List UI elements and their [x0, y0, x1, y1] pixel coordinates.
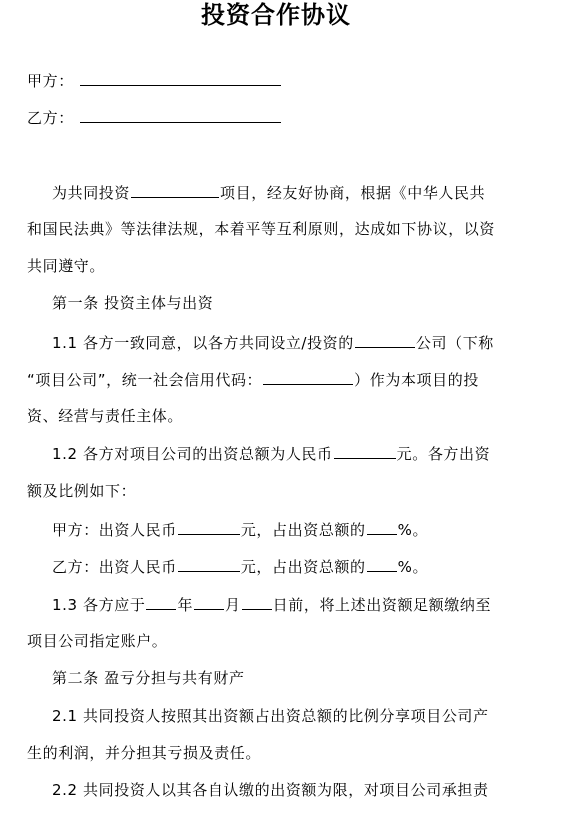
clause-text: 1.3 各方应于: [52, 596, 145, 614]
contribution-label: 乙方：出资人民币: [52, 558, 177, 576]
party-b-contribution: 乙方：出资人民币元，占出资总额的%。: [52, 556, 552, 577]
clause-1-1-line-2: “项目公司”，统一社会信用代码：）作为本项目的投: [27, 369, 527, 390]
preamble-line-1: 为共同投资项目，经友好协商，根据《中华人民共: [52, 182, 552, 203]
document-page: 投资合作协议 甲方： 乙方： 为共同投资项目，经友好协商，根据《中华人民共 和国…: [0, 0, 570, 823]
clause-1-3-line-1: 1.3 各方应于年月日前，将上述出资额足额缴纳至: [52, 594, 552, 615]
party-a-contribution: 甲方：出资人民币元，占出资总额的%。: [52, 519, 552, 540]
preamble-text: 为共同投资: [52, 184, 130, 202]
preamble-line-3: 共同遵守。: [27, 256, 527, 276]
clause-1-1-line-3: 资、经营与责任主体。: [27, 406, 527, 426]
document-title: 投资合作协议: [0, 0, 552, 30]
project-name-blank[interactable]: [131, 182, 219, 198]
party-a-percent-blank[interactable]: [367, 519, 397, 535]
clause-text: 1.2 各方对项目公司的出资总额为人民币: [52, 445, 333, 463]
contribution-label: 甲方：出资人民币: [52, 521, 177, 539]
clause-text: 元。各方出资: [397, 445, 491, 463]
article-1-heading: 第一条 投资主体与出资: [52, 293, 552, 313]
clause-text: “项目公司”，统一社会信用代码：: [27, 371, 262, 389]
month-label: 月: [225, 596, 241, 614]
contribution-text: 元，占出资总额的: [241, 521, 366, 539]
clause-2-1-line-1: 2.1 共同投资人按照其出资额占出资总额的比例分享项目公司产: [52, 706, 552, 726]
year-label: 年: [177, 596, 193, 614]
party-a-label: 甲方：: [27, 72, 74, 90]
clause-text: ）作为本项目的投: [354, 371, 479, 389]
percent-suffix: %。: [398, 521, 428, 539]
day-blank[interactable]: [242, 594, 272, 610]
clause-1-2-line-1: 1.2 各方对项目公司的出资总额为人民币元。各方出资: [52, 443, 552, 464]
clause-2-1-line-2: 生的利润，并分担其亏损及责任。: [27, 743, 527, 763]
party-b-label: 乙方：: [27, 109, 74, 127]
clause-1-1-line-1: 1.1 各方一致同意，以各方共同设立/投资的公司（下称: [52, 332, 552, 353]
party-a-amount-blank[interactable]: [178, 519, 240, 535]
month-blank[interactable]: [194, 594, 224, 610]
year-blank[interactable]: [146, 594, 176, 610]
party-a-row: 甲方：: [27, 70, 527, 91]
percent-suffix: %。: [398, 558, 428, 576]
party-b-row: 乙方：: [27, 107, 527, 128]
contribution-text: 元，占出资总额的: [241, 558, 366, 576]
preamble-text: 项目，经友好协商，根据《中华人民共: [220, 184, 485, 202]
party-b-amount-blank[interactable]: [178, 556, 240, 572]
clause-text: 1.1 各方一致同意，以各方共同设立/投资的: [52, 334, 354, 352]
clause-1-3-line-2: 项目公司指定账户。: [27, 631, 527, 651]
party-b-percent-blank[interactable]: [367, 556, 397, 572]
preamble-line-2: 和国民法典》等法律法规，本着平等互利原则，达成如下协议，以资: [27, 219, 527, 239]
company-name-blank[interactable]: [355, 332, 415, 348]
clause-1-2-line-2: 额及比例如下：: [27, 481, 527, 501]
clause-2-2-line-1: 2.2 共同投资人以其各自认缴的出资额为限，对项目公司承担责: [52, 780, 552, 800]
party-b-field[interactable]: [80, 107, 281, 123]
article-2-heading: 第二条 盈亏分担与共有财产: [52, 668, 552, 688]
party-a-field[interactable]: [80, 70, 281, 86]
credit-code-blank[interactable]: [263, 369, 353, 385]
total-amount-blank[interactable]: [334, 443, 396, 459]
clause-text: 公司（下称: [416, 334, 494, 352]
clause-text: 日前，将上述出资额足额缴纳至: [273, 596, 491, 614]
